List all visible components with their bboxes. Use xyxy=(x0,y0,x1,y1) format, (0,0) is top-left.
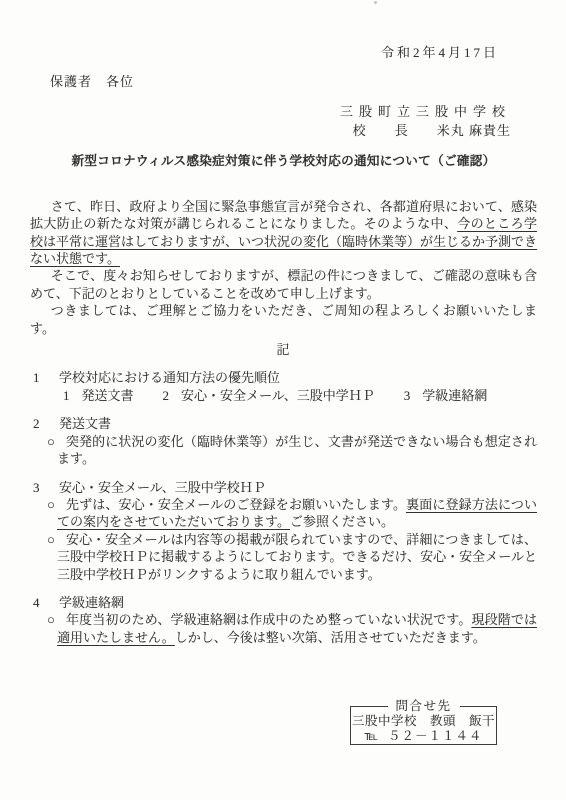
scanned-letter-page: 令和2年4月17日 保護者 各位 三股町立三股中学校 校 長 米丸 麻貴生 新型… xyxy=(0,0,566,800)
priority-list: 1発送文書2安心・安全メール、三股中学ＨＰ3学級連絡網 xyxy=(63,387,537,404)
section-3-bullet-1-text-a: 先ずは、安心・安全メールのご登録をお願いいたします。 xyxy=(66,497,406,512)
section-4-heading: 4学級連絡網 xyxy=(30,594,537,611)
scan-artifact-speck xyxy=(374,1,377,4)
section-3-title: 安心・安全メール、三股中学校ＨＰ xyxy=(59,480,266,495)
circle-bullet-icon: ○ xyxy=(47,612,55,627)
paragraph-intro: さて、昨日、政府より全国に緊急事態宣言が発令され、各都道府県において、感染拡大防… xyxy=(30,198,537,268)
section-1-title: 学校対応における通知方法の優先順位 xyxy=(59,370,280,385)
document-title: 新型コロナウィルス感染症対策に伴う学校対応の通知について（ご確認） xyxy=(30,153,537,170)
section-3-bullet-1: ○先ずは、安心・安全メールのご登録をお願いいたします。裏面に登録方法についての案… xyxy=(57,496,537,531)
section-2-title: 発送文書 xyxy=(59,416,111,431)
section-1-priority: 1学校対応における通知方法の優先順位 1発送文書2安心・安全メール、三股中学ＨＰ… xyxy=(30,369,537,404)
contact-box-legend: 問合せ先 xyxy=(387,699,459,714)
circle-bullet-icon: ○ xyxy=(47,532,55,547)
priority-item-2-label: 安心・安全メール、三股中学ＨＰ xyxy=(181,388,375,403)
sender-school-name: 三股町立三股中学校 xyxy=(30,102,511,121)
priority-item-3-label: 学級連絡網 xyxy=(422,388,487,403)
section-4-bullet-1-text-b: しかし、今後は整い次第、活用させていただきます。 xyxy=(175,630,486,645)
priority-item-3: 3学級連絡網 xyxy=(404,387,488,404)
section-2-number: 2 xyxy=(30,415,59,432)
record-marker: 記 xyxy=(30,341,537,358)
section-4-class-network: 4学級連絡網 ○年度当初のため、学級連絡網は作成中のため整っていない状況です。現… xyxy=(30,594,537,646)
contact-box: 問合せ先 三股中学校 教頭 飯干 ℡５２－１１４４ xyxy=(350,706,497,745)
addressee: 保護者 各位 xyxy=(50,73,537,90)
section-3-heading: 3安心・安全メール、三股中学校ＨＰ xyxy=(30,479,537,496)
priority-item-1: 1発送文書 xyxy=(63,387,134,404)
priority-item-1-number: 1 xyxy=(63,387,70,404)
section-3-bullet-2-text: 安心・安全メールは内容等の掲載が限られていますので、詳細につきましては、三股中学… xyxy=(57,532,537,582)
priority-item-1-label: 発送文書 xyxy=(82,388,134,403)
priority-item-3-number: 3 xyxy=(404,387,411,404)
priority-item-2-number: 2 xyxy=(163,387,170,404)
section-3-bullet-2: ○安心・安全メールは内容等の掲載が限られていますので、詳細につきましては、三股中… xyxy=(57,531,537,583)
paragraph-request: つきましては、ご理解とご協力をいただき、ご周知の程よろしくお願いいたします。 xyxy=(30,302,537,337)
section-1-number: 1 xyxy=(30,369,59,386)
telephone-icon: ℡ xyxy=(365,729,379,743)
priority-item-2: 2安心・安全メール、三股中学ＨＰ xyxy=(163,387,375,404)
section-4-bullet-1-text-a: 年度当初のため、学級連絡網は作成中のため整っていない状況です。 xyxy=(66,612,471,627)
section-1-heading: 1学校対応における通知方法の優先順位 xyxy=(30,369,537,386)
section-4-number: 4 xyxy=(30,594,59,611)
body-text: さて、昨日、政府より全国に緊急事態宣言が発令され、各都道府県において、感染拡大防… xyxy=(30,198,537,337)
sender-principal-name: 校 長 米丸 麻貴生 xyxy=(30,121,511,140)
section-2-bullet-1-text: 突発的に状況の変化（臨時休業等）が生じ、文書が発送できない場合も想定されます。 xyxy=(57,434,537,466)
section-3-mail-hp: 3安心・安全メール、三股中学校ＨＰ ○先ずは、安心・安全メールのご登録をお願いい… xyxy=(30,479,537,583)
sender-block: 三股町立三股中学校 校 長 米丸 麻貴生 xyxy=(30,102,537,140)
contact-school-and-person: 三股中学校 教頭 飯干 xyxy=(351,714,496,729)
circle-bullet-icon: ○ xyxy=(47,434,55,449)
section-3-number: 3 xyxy=(30,479,59,496)
section-2-heading: 2発送文書 xyxy=(30,415,537,432)
contact-phone: ℡５２－１１４４ xyxy=(351,729,496,744)
section-4-bullet-1: ○年度当初のため、学級連絡網は作成中のため整っていない状況です。現段階では適用い… xyxy=(57,611,537,646)
contact-phone-number: ５２－１１４４ xyxy=(388,729,483,743)
section-2-bullet-1: ○突発的に状況の変化（臨時休業等）が生じ、文書が発送できない場合も想定されます。 xyxy=(57,433,537,468)
section-4-title: 学級連絡網 xyxy=(59,595,124,610)
paragraph-notice: そこで、度々お知らせしておりますが、標記の件につきまして、ご確認の意味も含めて、… xyxy=(30,267,537,302)
section-3-bullet-1-text-b: ご参照ください。 xyxy=(290,514,394,529)
document-date: 令和2年4月17日 xyxy=(30,44,537,61)
section-2-documents: 2発送文書 ○突発的に状況の変化（臨時休業等）が生じ、文書が発送できない場合も想… xyxy=(30,415,537,467)
circle-bullet-icon: ○ xyxy=(47,497,55,512)
